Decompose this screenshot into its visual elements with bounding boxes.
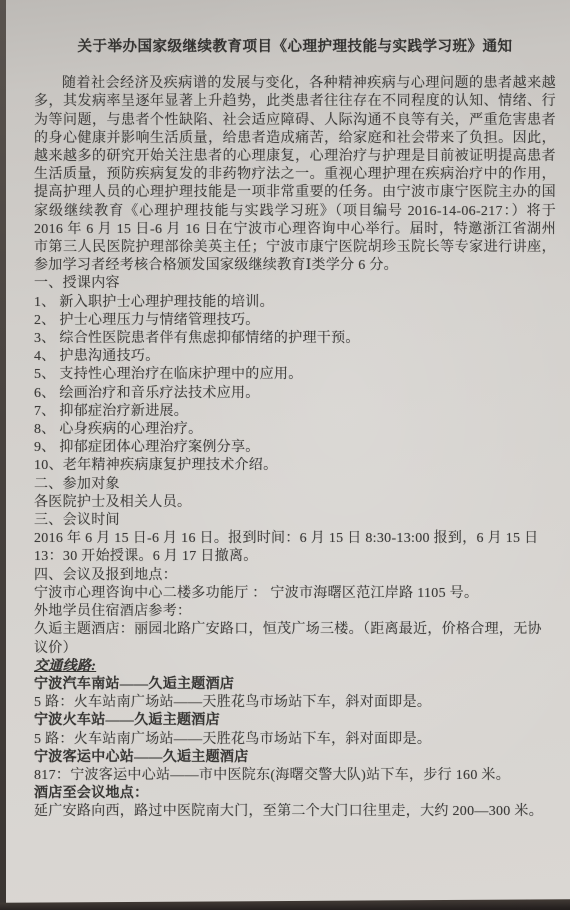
walk-heading: 酒店至会议地点： <box>34 785 556 803</box>
section-course-heading: 一、授课内容 <box>34 275 556 293</box>
venue-address: 宁波市心理咨询中心二楼多功能厅 ： 宁波市海曙区范江岸路 1105 号。 <box>34 585 556 603</box>
course-item: 10、老年精神疾病康复护理技术介绍。 <box>34 457 556 475</box>
course-item: 9、 抑郁症团体心理治疗案例分享。 <box>34 439 556 457</box>
hotel-reference-label: 外地学员住宿酒店参考： <box>34 603 556 621</box>
course-item: 7、 抑郁症治疗新进展。 <box>34 403 556 421</box>
course-item: 5、 支持性心理治疗在临床护理中的应用。 <box>34 366 556 384</box>
route-name: 宁波火车站——久逅主题酒店 <box>34 712 556 730</box>
course-item: 4、 护患沟通技巧。 <box>34 348 556 366</box>
hotel-address: 久逅主题酒店：丽园北路广安路口，恒茂广场三楼。（距离最近，价格合理，无协议价） <box>34 621 556 657</box>
section-time-heading: 三、会议时间 <box>34 512 556 530</box>
notice-body: 关于举办国家级继续教育项目《心理护理技能与实践学习班》通知 随着社会经济及疾病谱… <box>34 38 556 822</box>
section-venue-heading: 四、会议及报到地点： <box>34 567 556 585</box>
course-item: 8、 心身疾病的心理治疗。 <box>34 421 556 439</box>
route-detail: 817：宁波客运中心站——市中医院东(海曙交警大队)站下车，步行 160 米。 <box>34 767 556 785</box>
intro-paragraph: 随着社会经济及疾病谱的发展与变化，各种精神疾病与心理问题的患者越来越多，其发病率… <box>34 75 556 275</box>
course-item: 3、 综合性医院患者伴有焦虑抑郁情绪的护理干预。 <box>34 330 556 348</box>
course-item: 1、 新入职护士心理护理技能的培训。 <box>34 294 556 312</box>
route-name: 宁波客运中心站——久逅主题酒店 <box>34 749 556 767</box>
course-item: 2、 护士心理压力与情绪管理技巧。 <box>34 312 556 330</box>
course-item: 6、 绘画治疗和音乐疗法技术应用。 <box>34 385 556 403</box>
time-text: 2016 年 6 月 15 日-6 月 16 日。报到时间：6 月 15 日 8… <box>34 530 556 566</box>
transport-heading: 交通线路: <box>34 658 96 676</box>
route-name: 宁波汽车南站——久逅主题酒店 <box>34 676 556 694</box>
section-attendees-heading: 二、参加对象 <box>34 476 556 494</box>
route-detail: 5 路：火车站南广场站——天胜花鸟市场站下车，斜对面即是。 <box>34 731 556 749</box>
notice-title: 关于举办国家级继续教育项目《心理护理技能与实践学习班》通知 <box>34 38 556 56</box>
document-photo: 关于举办国家级继续教育项目《心理护理技能与实践学习班》通知 随着社会经济及疾病谱… <box>0 0 570 910</box>
route-detail: 5 路：火车站南广场站——天胜花鸟市场站下车，斜对面即是。 <box>34 694 556 712</box>
attendees-text: 各医院护士及相关人员。 <box>34 494 556 512</box>
walk-text: 延广安路向西，路过中医院南大门，至第二个大门口往里走，大约 200—300 米。 <box>34 803 556 821</box>
